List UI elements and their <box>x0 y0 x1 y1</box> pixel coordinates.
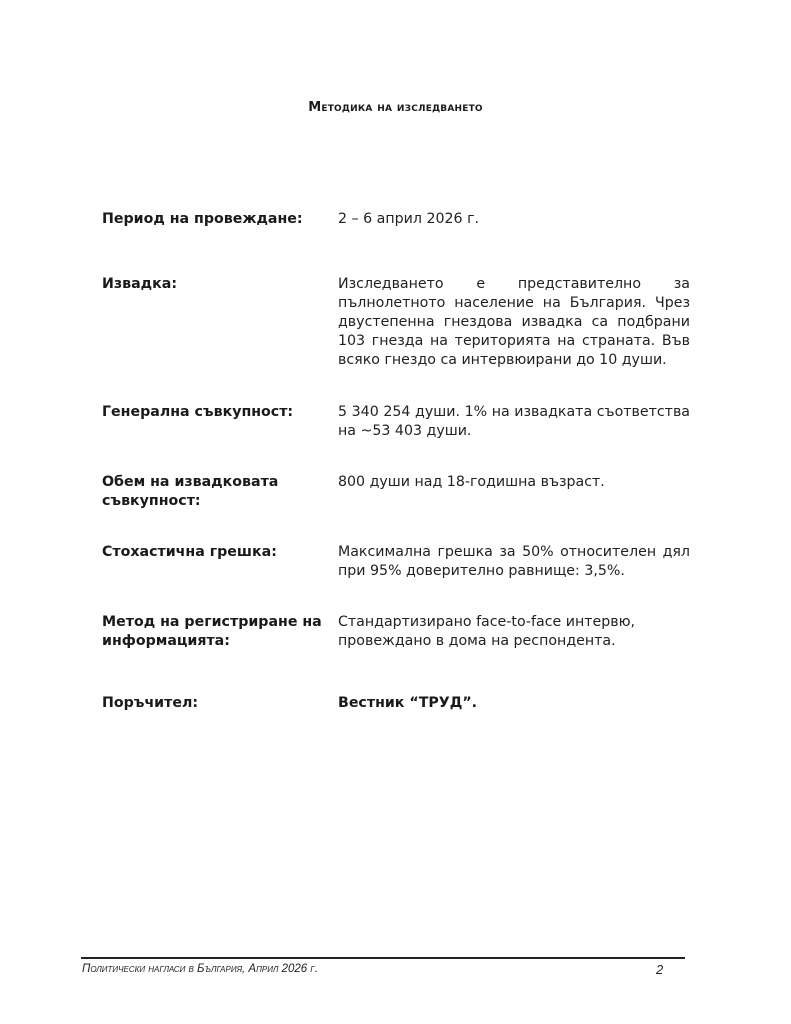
row-sample-size: Обем на извадковата съвкупност: 800 души… <box>102 473 690 511</box>
row-sample: Извадка: Изследването е представително з… <box>102 275 690 370</box>
sample-size-value: 800 души над 18-годишна възраст. <box>338 473 690 511</box>
sample-value: Изследването е представително за пълноле… <box>338 275 690 370</box>
row-method: Метод на регистриране на информацията: С… <box>102 613 690 651</box>
client-value: Вестник “ТРУД”. <box>338 694 690 713</box>
row-client: Поръчител: Вестник “ТРУД”. <box>102 694 690 713</box>
sample-size-label: Обем на извадковата съвкупност: <box>102 473 338 511</box>
footer-title: Политически нагласи в България, Април 20… <box>82 963 318 975</box>
sample-label: Извадка: <box>102 275 338 370</box>
page-title: Методика на изследването <box>0 100 791 115</box>
method-label: Метод на регистриране на информацията: <box>102 613 338 651</box>
page-number: 2 <box>656 962 663 977</box>
footer-divider <box>81 957 685 959</box>
population-value: 5 340 254 души. 1% на извадката съответс… <box>338 403 690 441</box>
population-label: Генерална съвкупност: <box>102 403 338 441</box>
client-label: Поръчител: <box>102 694 338 713</box>
stochastic-error-value: Максимална грешка за 50% относителен дял… <box>338 543 690 581</box>
period-label: Период на провеждане: <box>102 210 338 229</box>
period-value: 2 – 6 април 2026 г. <box>338 210 690 229</box>
row-population: Генерална съвкупност: 5 340 254 души. 1%… <box>102 403 690 441</box>
row-period: Период на провеждане: 2 – 6 април 2026 г… <box>102 210 690 229</box>
row-stochastic-error: Стохастична грешка: Максимална грешка за… <box>102 543 690 581</box>
stochastic-error-label: Стохастична грешка: <box>102 543 338 581</box>
method-value: Стандартизирано face-to-face интервю, пр… <box>338 613 690 651</box>
